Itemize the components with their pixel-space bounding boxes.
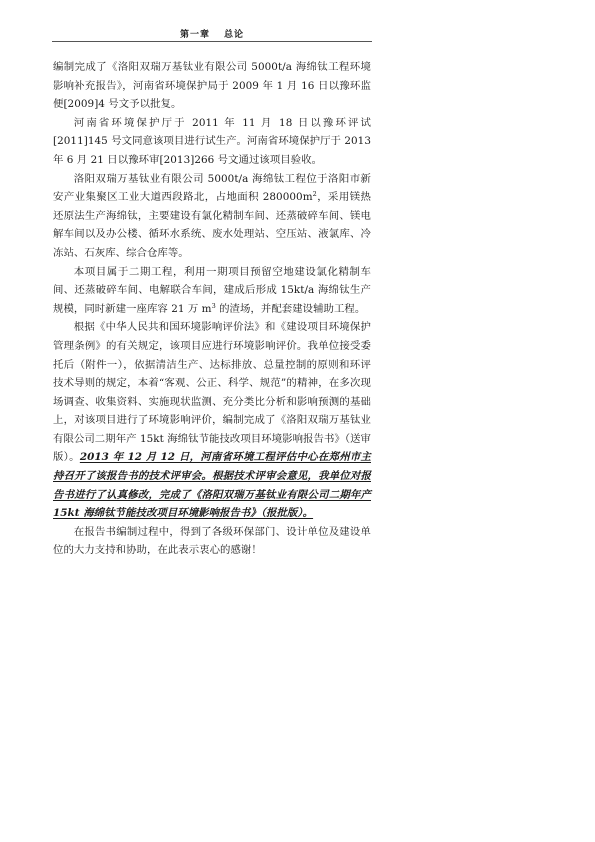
header-divider (52, 41, 372, 42)
paragraph-eia-basis: 根据《中华人民共和国环境影响评价法》和《建设项目环境保护管理条例》的有关规定，该… (53, 318, 371, 523)
chapter-title: 总论 (224, 30, 244, 40)
paragraph-phase-two-scope: 本项目属于二期工程，利用一期项目预留空地建设氯化精制车间、还蒸破碎车间、电解联合… (53, 263, 371, 319)
paragraph-approval-2009: 编制完成了《洛阳双瑞万基钛业有限公司 5000t/a 海绵钛工程环境影响补充报告… (53, 58, 371, 114)
paragraph-text: 的渣场，并配套建设辅助工程。 (216, 303, 366, 315)
paragraph-phase-one-overview: 洛阳双瑞万基钛业有限公司 5000t/a 海绵钛工程位于洛阳市新安产业集聚区工业… (53, 170, 371, 263)
running-header: 第一章总论 (52, 27, 372, 40)
chapter-number: 第一章 (180, 30, 210, 40)
paragraph-acknowledgement: 在报告书编制过程中，得到了各级环保部门、设计单位及建设单位的大力支持和协助，在此… (53, 523, 371, 560)
highlighted-revision-note: 2013 年 12 月 12 日，河南省环境工程评估中心在郑州市主持召开了该报告… (53, 451, 371, 519)
document-body: 编制完成了《洛阳双瑞万基钛业有限公司 5000t/a 海绵钛工程环境影响补充报告… (53, 58, 371, 560)
paragraph-text: 根据《中华人民共和国环境影响评价法》和《建设项目环境保护管理条例》的有关规定，该… (53, 321, 371, 463)
paragraph-trial-production: 河南省环境保护厅于 2011 年 11 月 18 日以豫环评试[2011]145… (53, 114, 371, 170)
